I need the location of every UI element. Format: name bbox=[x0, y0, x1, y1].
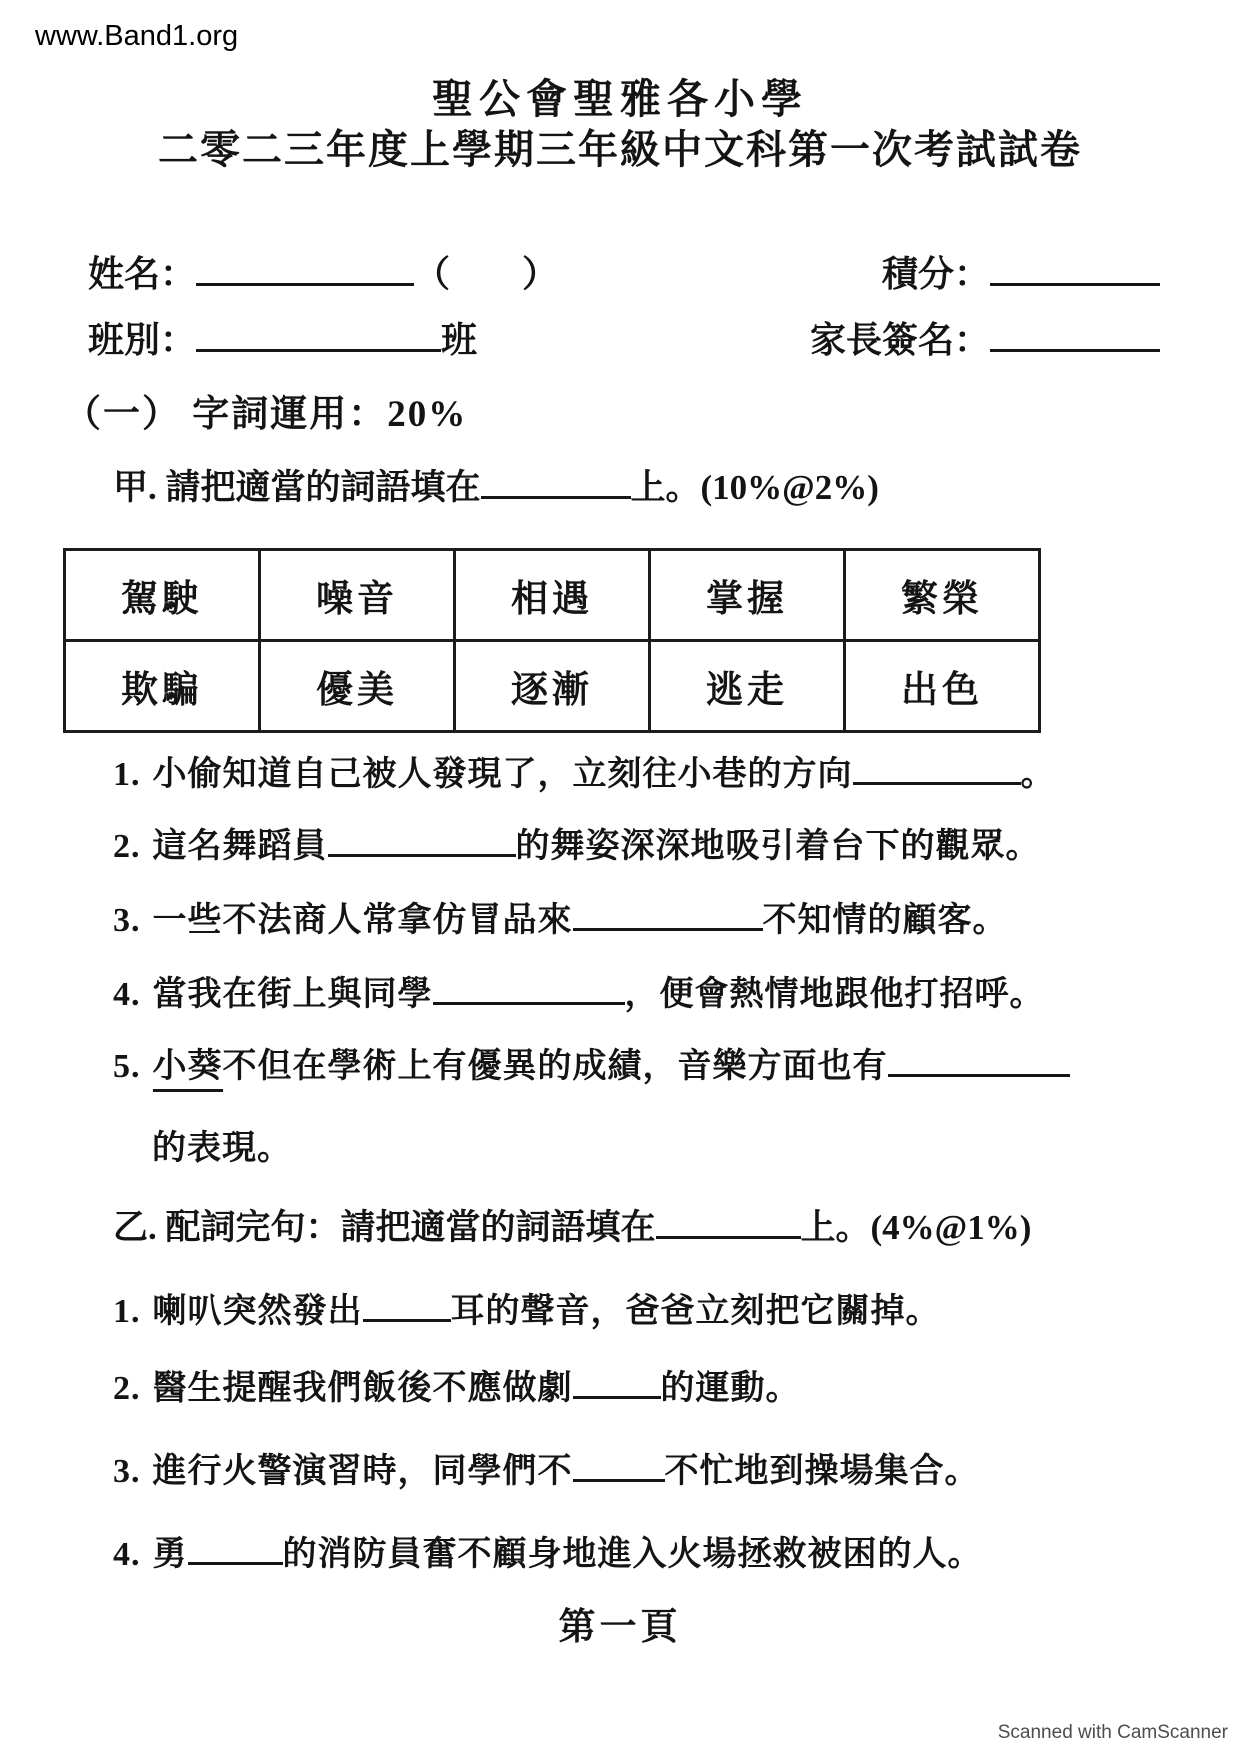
question-number: 2. bbox=[113, 828, 141, 866]
answer-blank bbox=[573, 896, 763, 931]
score-blank bbox=[990, 249, 1160, 286]
word-bank-cell: 逃走 bbox=[650, 641, 845, 732]
word-bank-cell: 逐漸 bbox=[455, 641, 650, 732]
class-suffix: 班 bbox=[441, 320, 477, 360]
word-bank-cell: 欺騙 bbox=[65, 641, 260, 732]
word-bank-cell: 出色 bbox=[845, 641, 1040, 732]
answer-blank bbox=[433, 970, 625, 1005]
part-a-question-3: 3.一些不法商人常拿仿冒品來不知情的顧客。 bbox=[113, 892, 1008, 941]
question-text: 當我在街上與同學 bbox=[153, 976, 433, 1013]
info-row-name-score: 姓名：（ ） 積分： bbox=[88, 246, 1160, 297]
word-bank-cell: 繁榮 bbox=[845, 550, 1040, 641]
word-bank-row: 欺騙 優美 逐漸 逃走 出色 bbox=[65, 641, 1040, 732]
name-label: 姓名： bbox=[88, 254, 196, 294]
class-number-parens: （ ） bbox=[414, 254, 558, 294]
question-number: 1. bbox=[113, 756, 141, 794]
score-field: 積分： bbox=[882, 246, 1160, 297]
question-text: 不忙地到操場集合。 bbox=[665, 1453, 980, 1490]
word-bank-row: 駕駛 噪音 相遇 掌握 繁榮 bbox=[65, 550, 1040, 641]
question-text: 這名舞蹈員 bbox=[153, 828, 328, 865]
exam-title: 二零二三年度上學期三年級中文科第一次考試試卷 bbox=[0, 118, 1240, 175]
part-b-instruction: 乙. 配詞完句：請把適當的詞語填在上。(4%@1%) bbox=[113, 1200, 1031, 1250]
score-label: 積分： bbox=[882, 254, 990, 294]
part-b-question-2: 2.醫生提醒我們飯後不應做劇的運動。 bbox=[113, 1360, 801, 1409]
underlined-name: 小葵 bbox=[153, 1038, 223, 1092]
part-a-question-4: 4.當我在街上與同學，便會熱情地跟他打招呼。 bbox=[113, 966, 1045, 1015]
school-name: 聖公會聖雅各小學 bbox=[0, 66, 1240, 125]
class-field: 班別：班 bbox=[88, 312, 477, 363]
question-text: 醫生提醒我們飯後不應做劇 bbox=[153, 1370, 573, 1407]
question-text: 。 bbox=[1021, 756, 1056, 793]
word-bank-cell: 噪音 bbox=[260, 550, 455, 641]
part-a-question-5: 5.小葵不但在學術上有優異的成績，音樂方面也有 bbox=[113, 1038, 1070, 1092]
question-number: 4. bbox=[113, 976, 141, 1014]
part-b-question-3: 3.進行火警演習時，同學們不不忙地到操場集合。 bbox=[113, 1443, 980, 1492]
word-bank-cell: 駕駛 bbox=[65, 550, 260, 641]
page-number: 第一頁 bbox=[0, 1596, 1240, 1650]
parent-signature-field: 家長簽名： bbox=[810, 312, 1160, 363]
parent-signature-label: 家長簽名： bbox=[810, 320, 990, 360]
answer-blank bbox=[328, 822, 516, 857]
question-text: 小偷知道自己被人發現了，立刻往小巷的方向 bbox=[153, 756, 853, 793]
question-text: 勇 bbox=[153, 1536, 188, 1573]
watermark-url: www.Band1.org bbox=[35, 20, 238, 53]
section-one-heading: （一） 字詞運用：20% bbox=[64, 383, 467, 437]
class-blank bbox=[196, 315, 441, 352]
answer-blank bbox=[853, 750, 1021, 785]
part-a-question-1: 1.小偷知道自己被人發現了，立刻往小巷的方向。 bbox=[113, 746, 1056, 795]
question-text: 進行火警演習時，同學們不 bbox=[153, 1453, 573, 1490]
question-text: ，便會熱情地跟他打招呼。 bbox=[625, 976, 1045, 1013]
answer-blank bbox=[363, 1287, 451, 1322]
part-b-instruction-blank bbox=[656, 1203, 801, 1239]
question-text: 喇叭突然發出 bbox=[153, 1293, 363, 1330]
question-text: 耳的聲音，爸爸立刻把它關掉。 bbox=[451, 1293, 941, 1330]
question-text: 的消防員奮不顧身地進入火場拯救被困的人。 bbox=[283, 1536, 983, 1573]
word-bank-table: 駕駛 噪音 相遇 掌握 繁榮 欺騙 優美 逐漸 逃走 出色 bbox=[63, 548, 1041, 733]
part-b-instruction-suffix: 上。(4%@1%) bbox=[801, 1208, 1032, 1247]
question-text: 不但在學術上有優異的成績，音樂方面也有 bbox=[223, 1048, 888, 1085]
part-a-instruction: 甲. 請把適當的詞語填在上。(10%@2%) bbox=[113, 460, 879, 510]
word-bank-cell: 掌握 bbox=[650, 550, 845, 641]
answer-blank bbox=[573, 1447, 665, 1482]
part-b-question-4: 4.勇的消防員奮不顧身地進入火場拯救被困的人。 bbox=[113, 1526, 983, 1575]
class-label: 班別： bbox=[88, 320, 196, 360]
exam-paper-page: www.Band1.org 聖公會聖雅各小學 二零二三年度上學期三年級中文科第一… bbox=[0, 0, 1240, 1754]
name-field: 姓名：（ ） bbox=[88, 246, 558, 297]
scanner-credit: Scanned with CamScanner bbox=[998, 1722, 1228, 1744]
word-bank-cell: 優美 bbox=[260, 641, 455, 732]
part-a-instruction-prefix: 甲. 請把適當的詞語填在 bbox=[113, 468, 481, 507]
part-a-question-2: 2.這名舞蹈員的舞姿深深地吸引着台下的觀眾。 bbox=[113, 818, 1041, 867]
question-number: 3. bbox=[113, 1453, 141, 1491]
word-bank-cell: 相遇 bbox=[455, 550, 650, 641]
part-a-question-5-line2: 的表現。 bbox=[152, 1120, 292, 1169]
answer-blank bbox=[573, 1364, 661, 1399]
part-a-instruction-blank bbox=[481, 463, 631, 499]
question-text: 一些不法商人常拿仿冒品來 bbox=[153, 902, 573, 939]
name-blank bbox=[196, 249, 414, 286]
part-b-question-1: 1.喇叭突然發出耳的聲音，爸爸立刻把它關掉。 bbox=[113, 1283, 941, 1332]
question-number: 2. bbox=[113, 1370, 141, 1408]
question-number: 1. bbox=[113, 1293, 141, 1331]
question-text: 不知情的顧客。 bbox=[763, 902, 1008, 939]
question-number: 3. bbox=[113, 902, 141, 940]
info-row-class-signature: 班別：班 家長簽名： bbox=[88, 312, 1160, 363]
answer-blank bbox=[188, 1530, 283, 1565]
question-number: 5. bbox=[113, 1048, 141, 1086]
question-text: 的舞姿深深地吸引着台下的觀眾。 bbox=[516, 828, 1041, 865]
part-a-instruction-suffix: 上。(10%@2%) bbox=[631, 468, 879, 507]
answer-blank bbox=[888, 1042, 1070, 1077]
part-b-instruction-prefix: 乙. 配詞完句：請把適當的詞語填在 bbox=[113, 1208, 656, 1247]
question-text: 的運動。 bbox=[661, 1370, 801, 1407]
parent-signature-blank bbox=[990, 315, 1160, 352]
question-number: 4. bbox=[113, 1536, 141, 1574]
